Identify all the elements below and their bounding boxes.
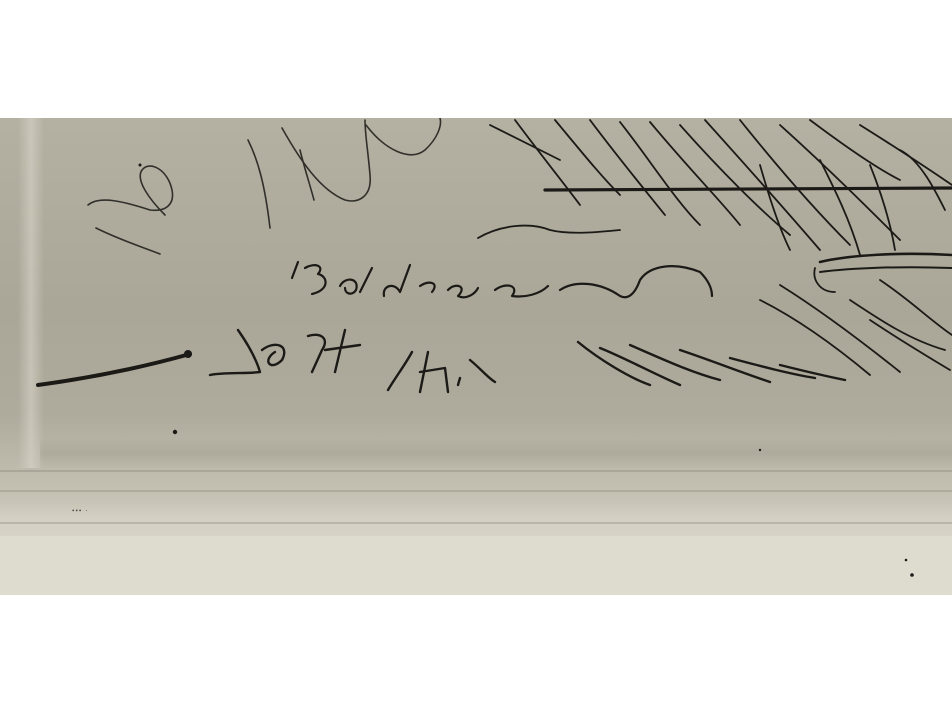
etching-photo: ••• · 13 ... (mirror-reversed script) 19… <box>0 118 952 595</box>
etched-lines <box>0 118 952 595</box>
inscription-line-2: 1974 ... (mirror-reversed script) <box>0 118 13 119</box>
margin-mark: ••• · <box>72 507 88 515</box>
